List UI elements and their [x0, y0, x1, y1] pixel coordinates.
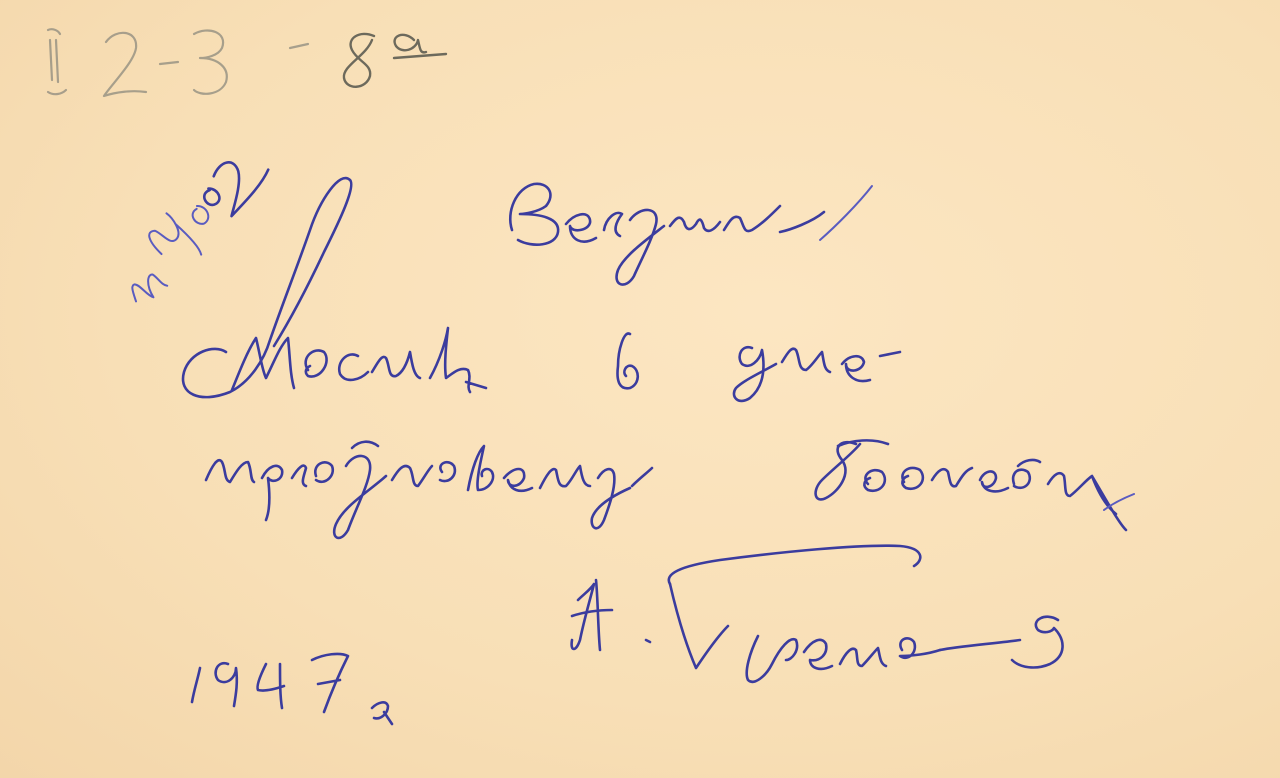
pencil-annotation-strokes — [48, 29, 446, 96]
catalog-number-strokes — [104, 144, 283, 308]
handwriting-layer — [0, 0, 1280, 778]
inscription-strokes — [183, 178, 1134, 724]
